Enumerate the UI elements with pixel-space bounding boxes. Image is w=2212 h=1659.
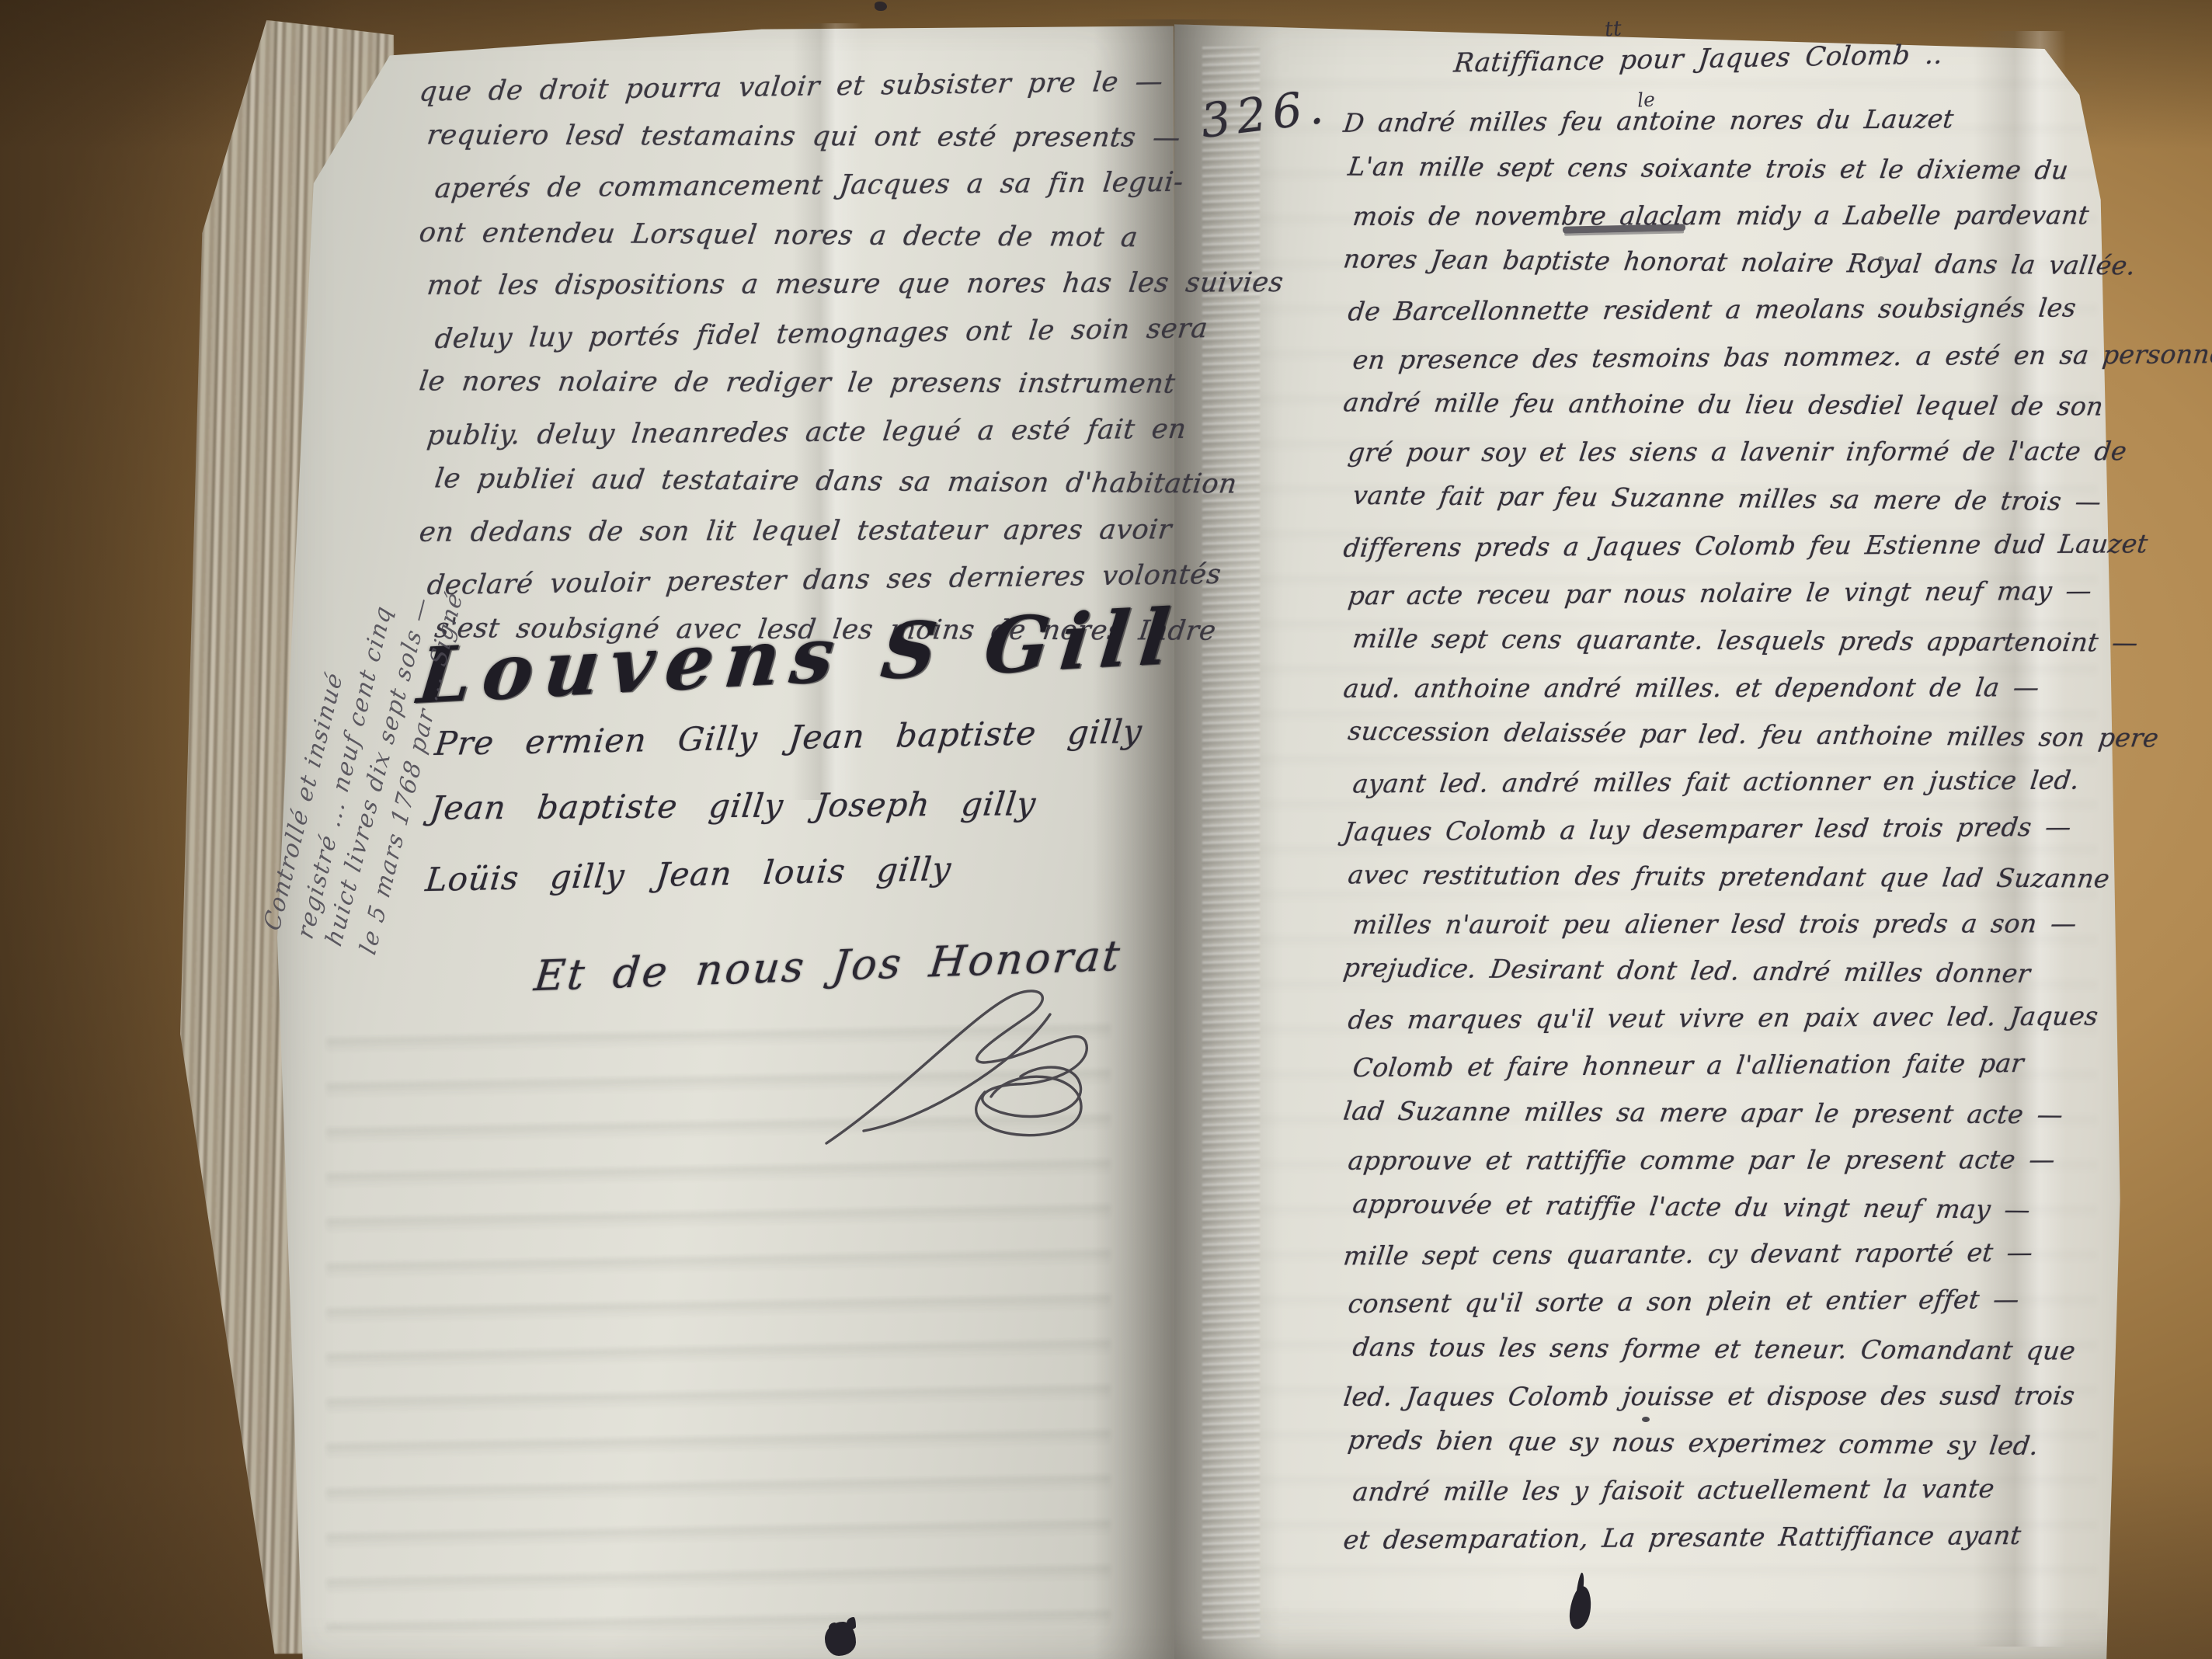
act-title-superscript: tt (1604, 16, 1622, 41)
notary-paraph-flourish (817, 968, 1128, 1154)
interline-correction: le (1636, 88, 1655, 111)
ink-speck (875, 2, 887, 11)
right-page (1174, 19, 2141, 1659)
manuscript-photo: que de droit pourra valoir et subsister … (0, 0, 2212, 1659)
